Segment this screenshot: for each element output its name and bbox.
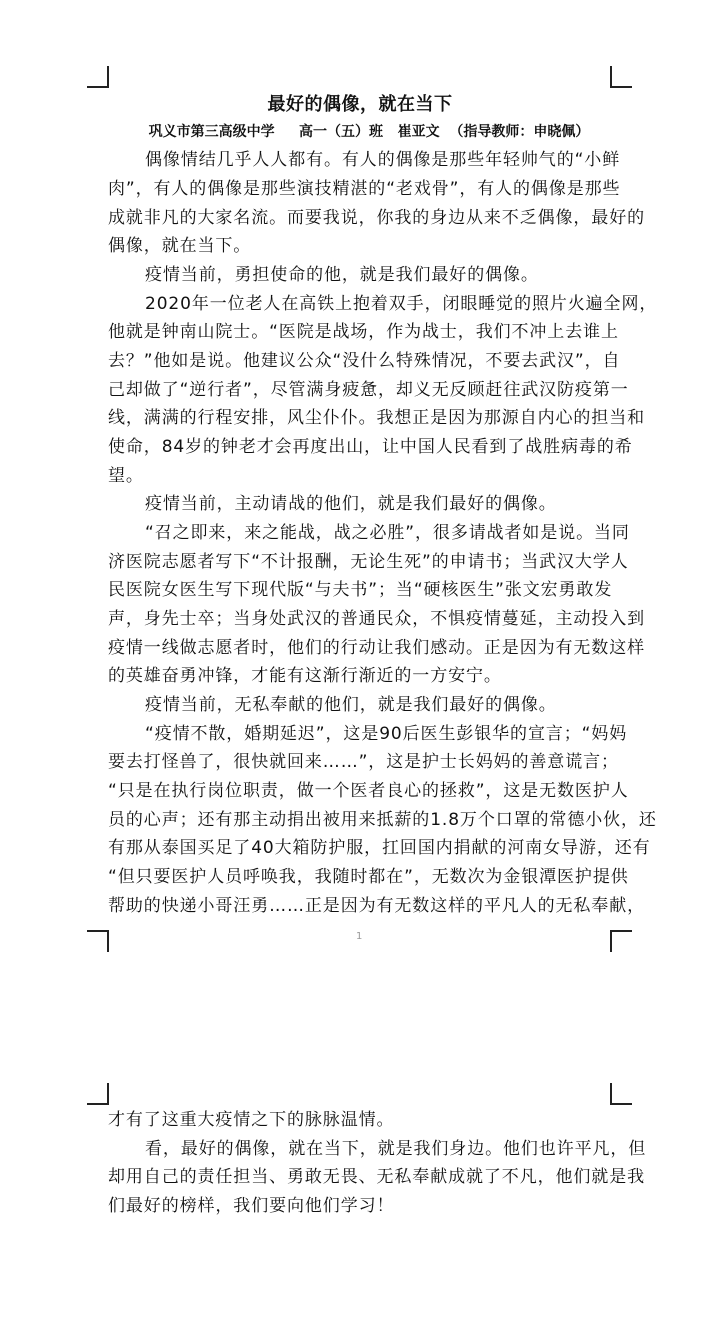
crop-mark-top-left-page-2 [87,1083,109,1105]
text-line: 2020年一位老人在高铁上抱着双手，闭眼睡觉的照片火遍全网， [145,293,612,315]
text-line: 成就非凡的大家名流。而要我说，你我的身边从来不乏偶像，最好的 [108,207,612,229]
text-line: 肉”，有人的偶像是那些演技精湛的“老戏骨”，有人的偶像是那些 [108,178,612,200]
page-number: 1 [356,931,362,942]
crop-mark-bottom-right [610,930,632,952]
text-line: “只是在执行岗位职责，做一个医者良心的拯救”，这是无数医护人 [108,780,612,802]
text-line: “疫情不散，婚期延迟”，这是90后医生彭银华的宣言；“妈妈 [145,723,612,745]
text-line: 疫情当前，勇担使命的他，就是我们最好的偶像。 [145,264,612,286]
author-byline: 巩义市第三高级中学 高一（五）班 崔亚文 （指导教师：申晓佩） [0,121,720,141]
text-line: 帮助的快递小哥汪勇……正是因为有无数这样的平凡人的无私奉献， [108,895,612,917]
crop-mark-top-right-page-2 [610,1083,632,1105]
text-line: 疫情一线做志愿者时，他们的行动让我们感动。正是因为有无数这样 [108,637,612,659]
text-line: 望。 [108,465,612,487]
text-line: 使命，84岁的钟老才会再度出山，让中国人民看到了战胜病毒的希 [108,436,612,458]
text-line: 才有了这重大疫情之下的脉脉温情。 [108,1109,612,1131]
text-line: “但只要医护人员呼唤我，我随时都在”，无数次为金银潭医护提供 [108,866,612,888]
text-line: 去？”他如是说。他建议公众“没什么特殊情况，不要去武汉”，自 [108,350,612,372]
document-title: 最好的偶像，就在当下 [0,90,720,116]
crop-mark-top-right [610,66,632,88]
text-line: 要去打怪兽了，很快就回来……”，这是护士长妈妈的善意谎言； [108,751,612,773]
text-line: 声，身先士卒；当身处武汉的普通民众，不惧疫情蔓延，主动投入到 [108,608,612,630]
text-line: 疫情当前，主动请战的他们，就是我们最好的偶像。 [145,493,612,515]
text-line: 线，满满的行程安排，风尘仆仆。我想正是因为那源自内心的担当和 [108,407,612,429]
text-line: 们最好的榜样，我们要向他们学习！ [108,1195,612,1217]
text-line: 看，最好的偶像，就在当下，就是我们身边。他们也许平凡，但 [145,1138,612,1160]
text-line: 他就是钟南山院士。“医院是战场，作为战士，我们不冲上去谁上 [108,321,612,343]
text-line: 疫情当前，无私奉献的他们，就是我们最好的偶像。 [145,694,612,716]
text-line: 有那从泰国买足了40大箱防护服，扛回国内捐献的河南女导游，还有 [108,837,612,859]
crop-mark-top-left [87,66,109,88]
text-line: 偶像情结几乎人人都有。有人的偶像是那些年轻帅气的“小鲜 [145,149,612,171]
text-line: 民医院女医生写下现代版“与夫书”；当“硬核医生”张文宏勇敢发 [108,579,612,601]
text-line: 的英雄奋勇冲锋，才能有这渐行渐近的一方安宁。 [108,665,612,687]
text-line: 己却做了“逆行者”，尽管满身疲惫，却义无反顾赶往武汉防疫第一 [108,379,612,401]
text-line: 济医院志愿者写下“不计报酬，无论生死”的申请书；当武汉大学人 [108,551,612,573]
text-line: 却用自己的责任担当、勇敢无畏、无私奉献成就了不凡，他们就是我 [108,1166,612,1188]
text-line: “召之即来，来之能战，战之必胜”，很多请战者如是说。当同 [145,522,612,544]
crop-mark-bottom-left [87,930,109,952]
text-line: 偶像，就在当下。 [108,235,612,257]
text-line: 员的心声；还有那主动捐出被用来抵薪的1.8万个口罩的常德小伙，还 [108,809,612,831]
